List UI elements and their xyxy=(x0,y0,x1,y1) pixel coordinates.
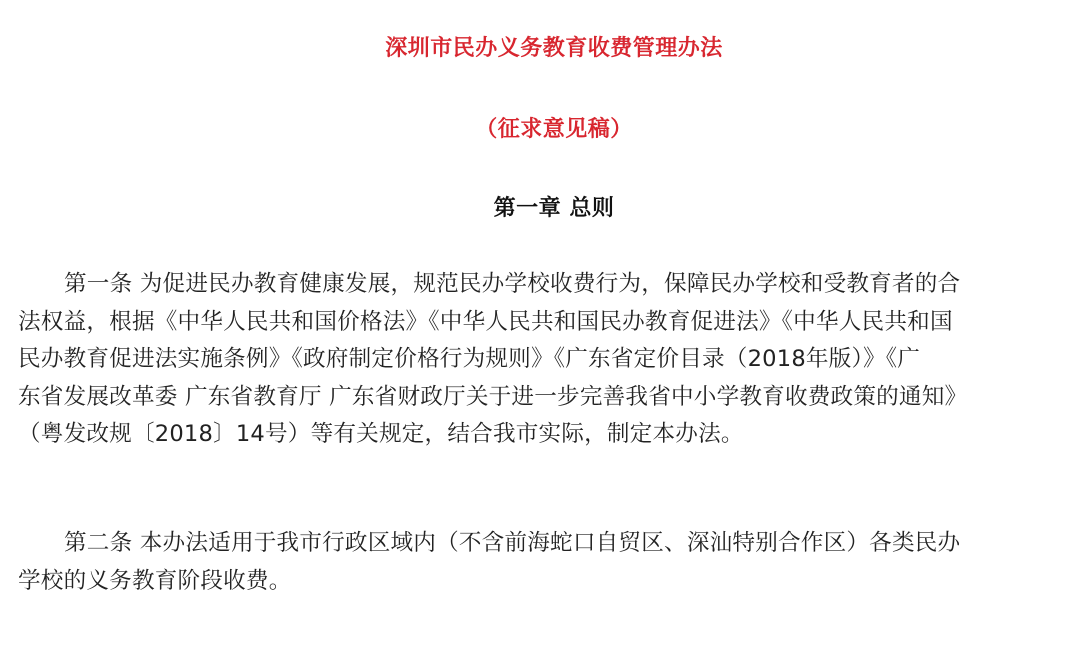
article-1: 第一条 为促进民办教育健康发展，规范民办学校收费行为，保障民办学校和受教育者的合… xyxy=(18,266,1048,454)
article-2: 第二条 本办法适用于我市行政区域内（不含前海蛇口自贸区、深汕特别合作区）各类民办… xyxy=(18,525,1048,600)
article-1-line: （粤发改规〔2018〕14号）等有关规定，结合我市实际，制定本办法。 xyxy=(0,416,1048,454)
article-1-line: 东省发展改革委 广东省教育厅 广东省财政厅关于进一步完善我省中小学教育收费政策的… xyxy=(0,379,1048,417)
document-title: 深圳市民办义务教育收费管理办法 xyxy=(0,31,1080,62)
document-page: 深圳市民办义务教育收费管理办法 （征求意见稿） 第一章 总则 第一条 为促进民办… xyxy=(0,0,1080,646)
article-2-line: 学校的义务教育阶段收费。 xyxy=(0,563,1048,601)
article-2-line: 第二条 本办法适用于我市行政区域内（不含前海蛇口自贸区、深汕特别合作区）各类民办 xyxy=(18,525,1048,563)
article-1-line: 第一条 为促进民办教育健康发展，规范民办学校收费行为，保障民办学校和受教育者的合 xyxy=(18,266,1048,304)
chapter-heading: 第一章 总则 xyxy=(0,191,1080,222)
document-subtitle: （征求意见稿） xyxy=(0,112,1080,143)
article-1-line: 民办教育促进法实施条例》《政府制定价格行为规则》《广东省定价目录（2018年版）… xyxy=(0,341,1048,379)
article-1-line: 法权益，根据《中华人民共和国价格法》《中华人民共和国民办教育促进法》《中华人民共… xyxy=(0,304,1048,342)
